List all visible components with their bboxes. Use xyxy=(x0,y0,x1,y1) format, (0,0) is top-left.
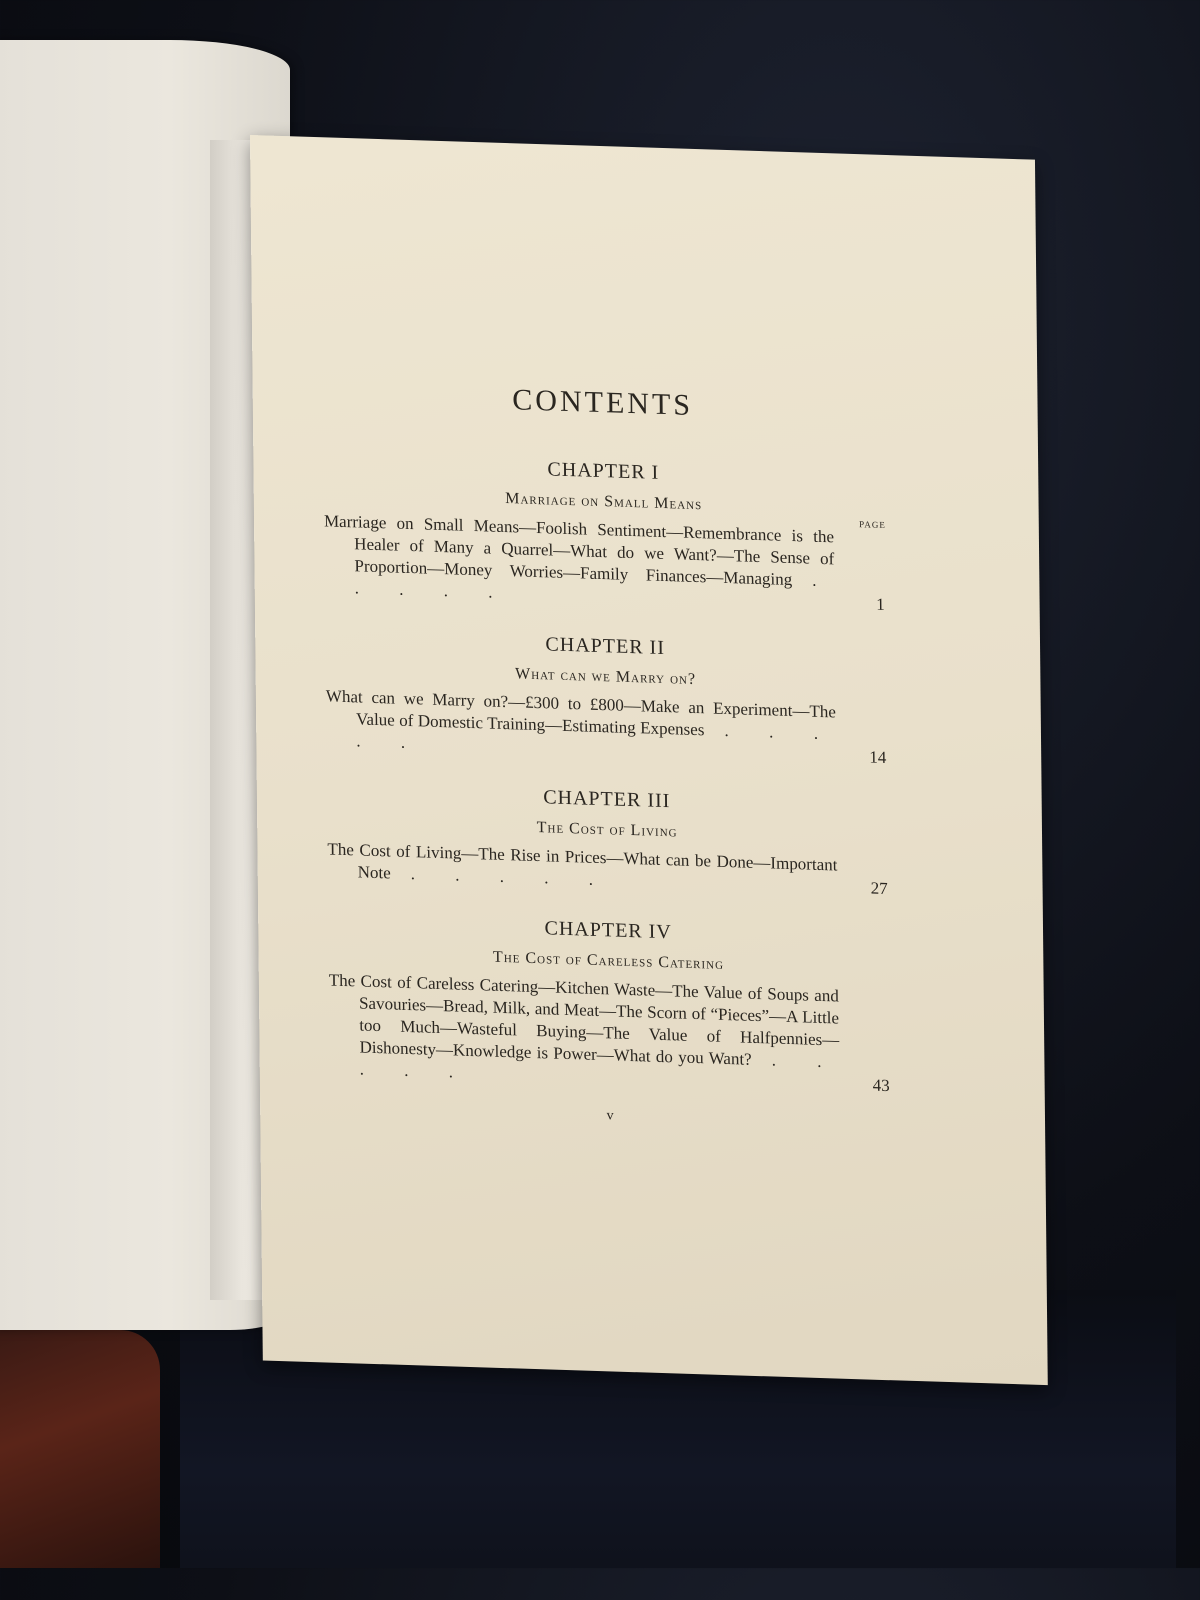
chapter-1: CHAPTER I Marriage on Small Means PAGE M… xyxy=(323,451,885,616)
chapter-label: CHAPTER IV xyxy=(328,910,888,951)
chapter-label: CHAPTER III xyxy=(327,779,887,820)
chapter-entry: PAGE Marriage on Small Means—Foolish Sen… xyxy=(324,510,885,616)
folio-page-number: v xyxy=(330,1100,890,1134)
page-number: 27 xyxy=(871,878,888,901)
chapter-label: CHAPTER I xyxy=(323,451,883,492)
chapter-summary: What can we Marry on?—£300 to £800—Make … xyxy=(326,685,837,767)
chapter-4: CHAPTER IV The Cost of Careless Catering… xyxy=(328,910,890,1097)
chapter-summary: The Cost of Living—The Rise in Prices—Wh… xyxy=(327,838,837,898)
page-column-label: PAGE xyxy=(859,513,886,536)
page-number: 43 xyxy=(873,1075,890,1098)
page-number: 14 xyxy=(869,746,886,769)
chapter-label: CHAPTER II xyxy=(325,626,885,667)
page-number: 1 xyxy=(876,594,885,616)
contents-heading: CONTENTS xyxy=(323,377,883,429)
chapter-3: CHAPTER III The Cost of Living The Cost … xyxy=(327,779,888,900)
chapter-summary: Marriage on Small Means—Foolish Sentimen… xyxy=(324,510,835,614)
leader-dots: . . . . . xyxy=(391,863,611,889)
contents-page: CONTENTS CHAPTER I Marriage on Small Mea… xyxy=(250,135,1048,1385)
chapter-entry: The Cost of Living—The Rise in Prices—Wh… xyxy=(327,838,887,900)
table-of-contents: CONTENTS CHAPTER I Marriage on Small Mea… xyxy=(323,377,891,1133)
chapter-2: CHAPTER II What can we Marry on? What ca… xyxy=(325,626,886,769)
chapter-entry: The Cost of Careless Catering—Kitchen Wa… xyxy=(329,970,890,1098)
red-cushion xyxy=(0,1330,160,1568)
chapter-entry: What can we Marry on?—£300 to £800—Make … xyxy=(326,685,887,769)
summary-text: Marriage on Small Means—Foolish Sentimen… xyxy=(324,511,834,589)
chapter-summary: The Cost of Careless Catering—Kitchen Wa… xyxy=(329,970,840,1096)
